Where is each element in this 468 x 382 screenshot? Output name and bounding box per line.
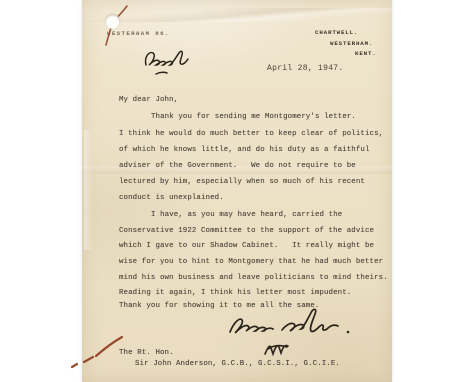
body-line: mind his own business and leave politici… — [119, 274, 388, 282]
body-line: conduct is unexplained. — [119, 194, 224, 202]
letterhead-line-chartwell: CHARTWELL. — [315, 29, 358, 36]
letterhead-line-kent: KENT. — [355, 50, 377, 57]
punch-hole — [105, 14, 120, 29]
salutation: My dear John, — [119, 96, 178, 104]
body-line: Thank you for sending me Montgomery's le… — [151, 113, 356, 121]
phone-stamp: WESTERHAM 86. — [107, 30, 170, 37]
body-line: of which he knows little, and do his dut… — [119, 146, 370, 154]
body-line: lectured by him, especially when so much… — [119, 178, 365, 186]
recipient-line: The Rt. Hon. — [119, 349, 174, 357]
letter-scan: CHARTWELL. WESTERHAM. KENT. WESTERHAM 86… — [0, 0, 468, 382]
body-line: Thank you for showing it to me all the s… — [119, 302, 319, 310]
body-line: Reading it again, I think his letter mos… — [119, 289, 351, 297]
date-line: April 28, 1947. — [267, 64, 344, 73]
body-line: I have, as you may have heard, carried t… — [151, 211, 342, 219]
body-line: adviser of the Government. We do not req… — [119, 162, 356, 170]
body-line: which I gave to our Shadow Cabinet. It r… — [119, 242, 374, 250]
recipient-line: Sir John Anderson, G.C.B., G.C.S.I., G.C… — [135, 360, 340, 368]
paper-crease — [84, 130, 94, 250]
body-line: Conservative 1922 Committee to the suppo… — [119, 227, 374, 235]
letter-paper — [82, 0, 392, 382]
paper-crease — [82, 8, 392, 22]
body-line: I think he would do much better to keep … — [119, 130, 383, 138]
body-line: wise for you to hint to Montgomery that … — [119, 258, 383, 266]
letterhead-line-westerham: WESTERHAM. — [330, 40, 373, 47]
